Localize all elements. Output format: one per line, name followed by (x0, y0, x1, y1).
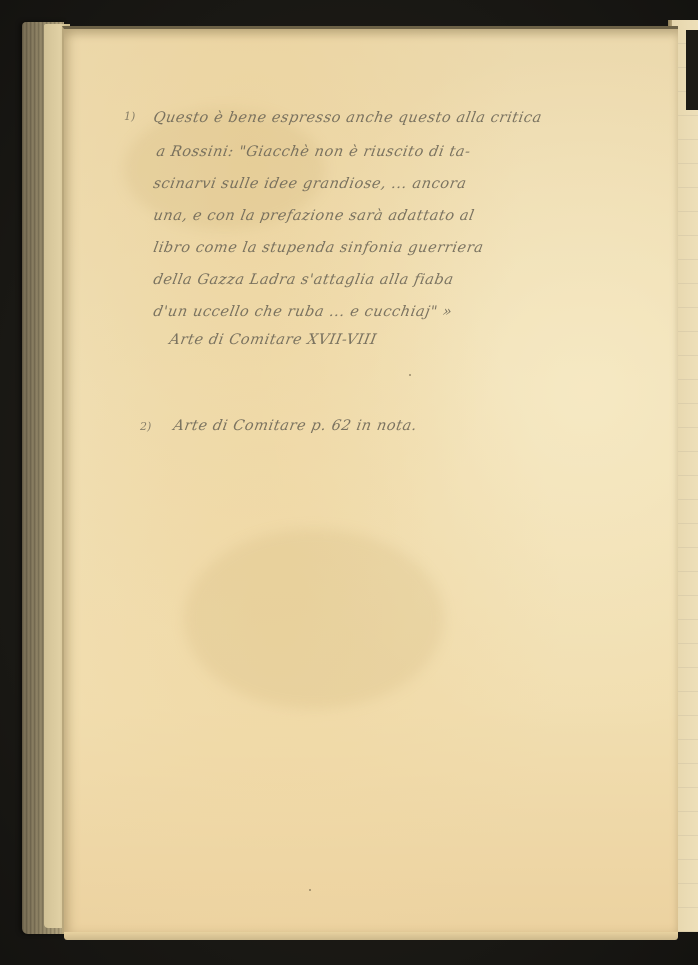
paper-stain (184, 529, 444, 709)
footnote-1-line-2: a Rossini: "Giacchè non è riuscito di ta… (155, 144, 472, 160)
page-bottom-edge (64, 932, 678, 940)
paper-speck (309, 889, 311, 891)
manuscript-page (62, 26, 678, 934)
dark-corner (686, 30, 698, 110)
footnote-2-line-1: Arte di Comitare p. 62 in nota. (172, 418, 418, 434)
footnote-1-line-8: Arte di Comitare XVII-VIII (168, 332, 378, 348)
footnote-1-line-6: della Gazza Ladra s'attaglia alla fiaba (152, 272, 455, 288)
footnote-1-line-7: d'un uccello che ruba ... e cucchiaj" » (152, 304, 454, 320)
footnote-1-line-3: scinarvi sulle idee grandiose, ... ancor… (152, 176, 468, 192)
paper-speck (409, 374, 411, 376)
footnote-1-line-1: Questo è bene espresso anche questo alla… (152, 110, 543, 126)
footnote-marker-2: 2) (140, 420, 151, 433)
footnote-marker-1: 1) (124, 110, 135, 123)
footnote-1-line-4: una, e con la prefazione sarà adattato a… (152, 208, 476, 224)
footnote-1-line-5: libro come la stupenda sinfonia guerrier… (152, 240, 485, 256)
